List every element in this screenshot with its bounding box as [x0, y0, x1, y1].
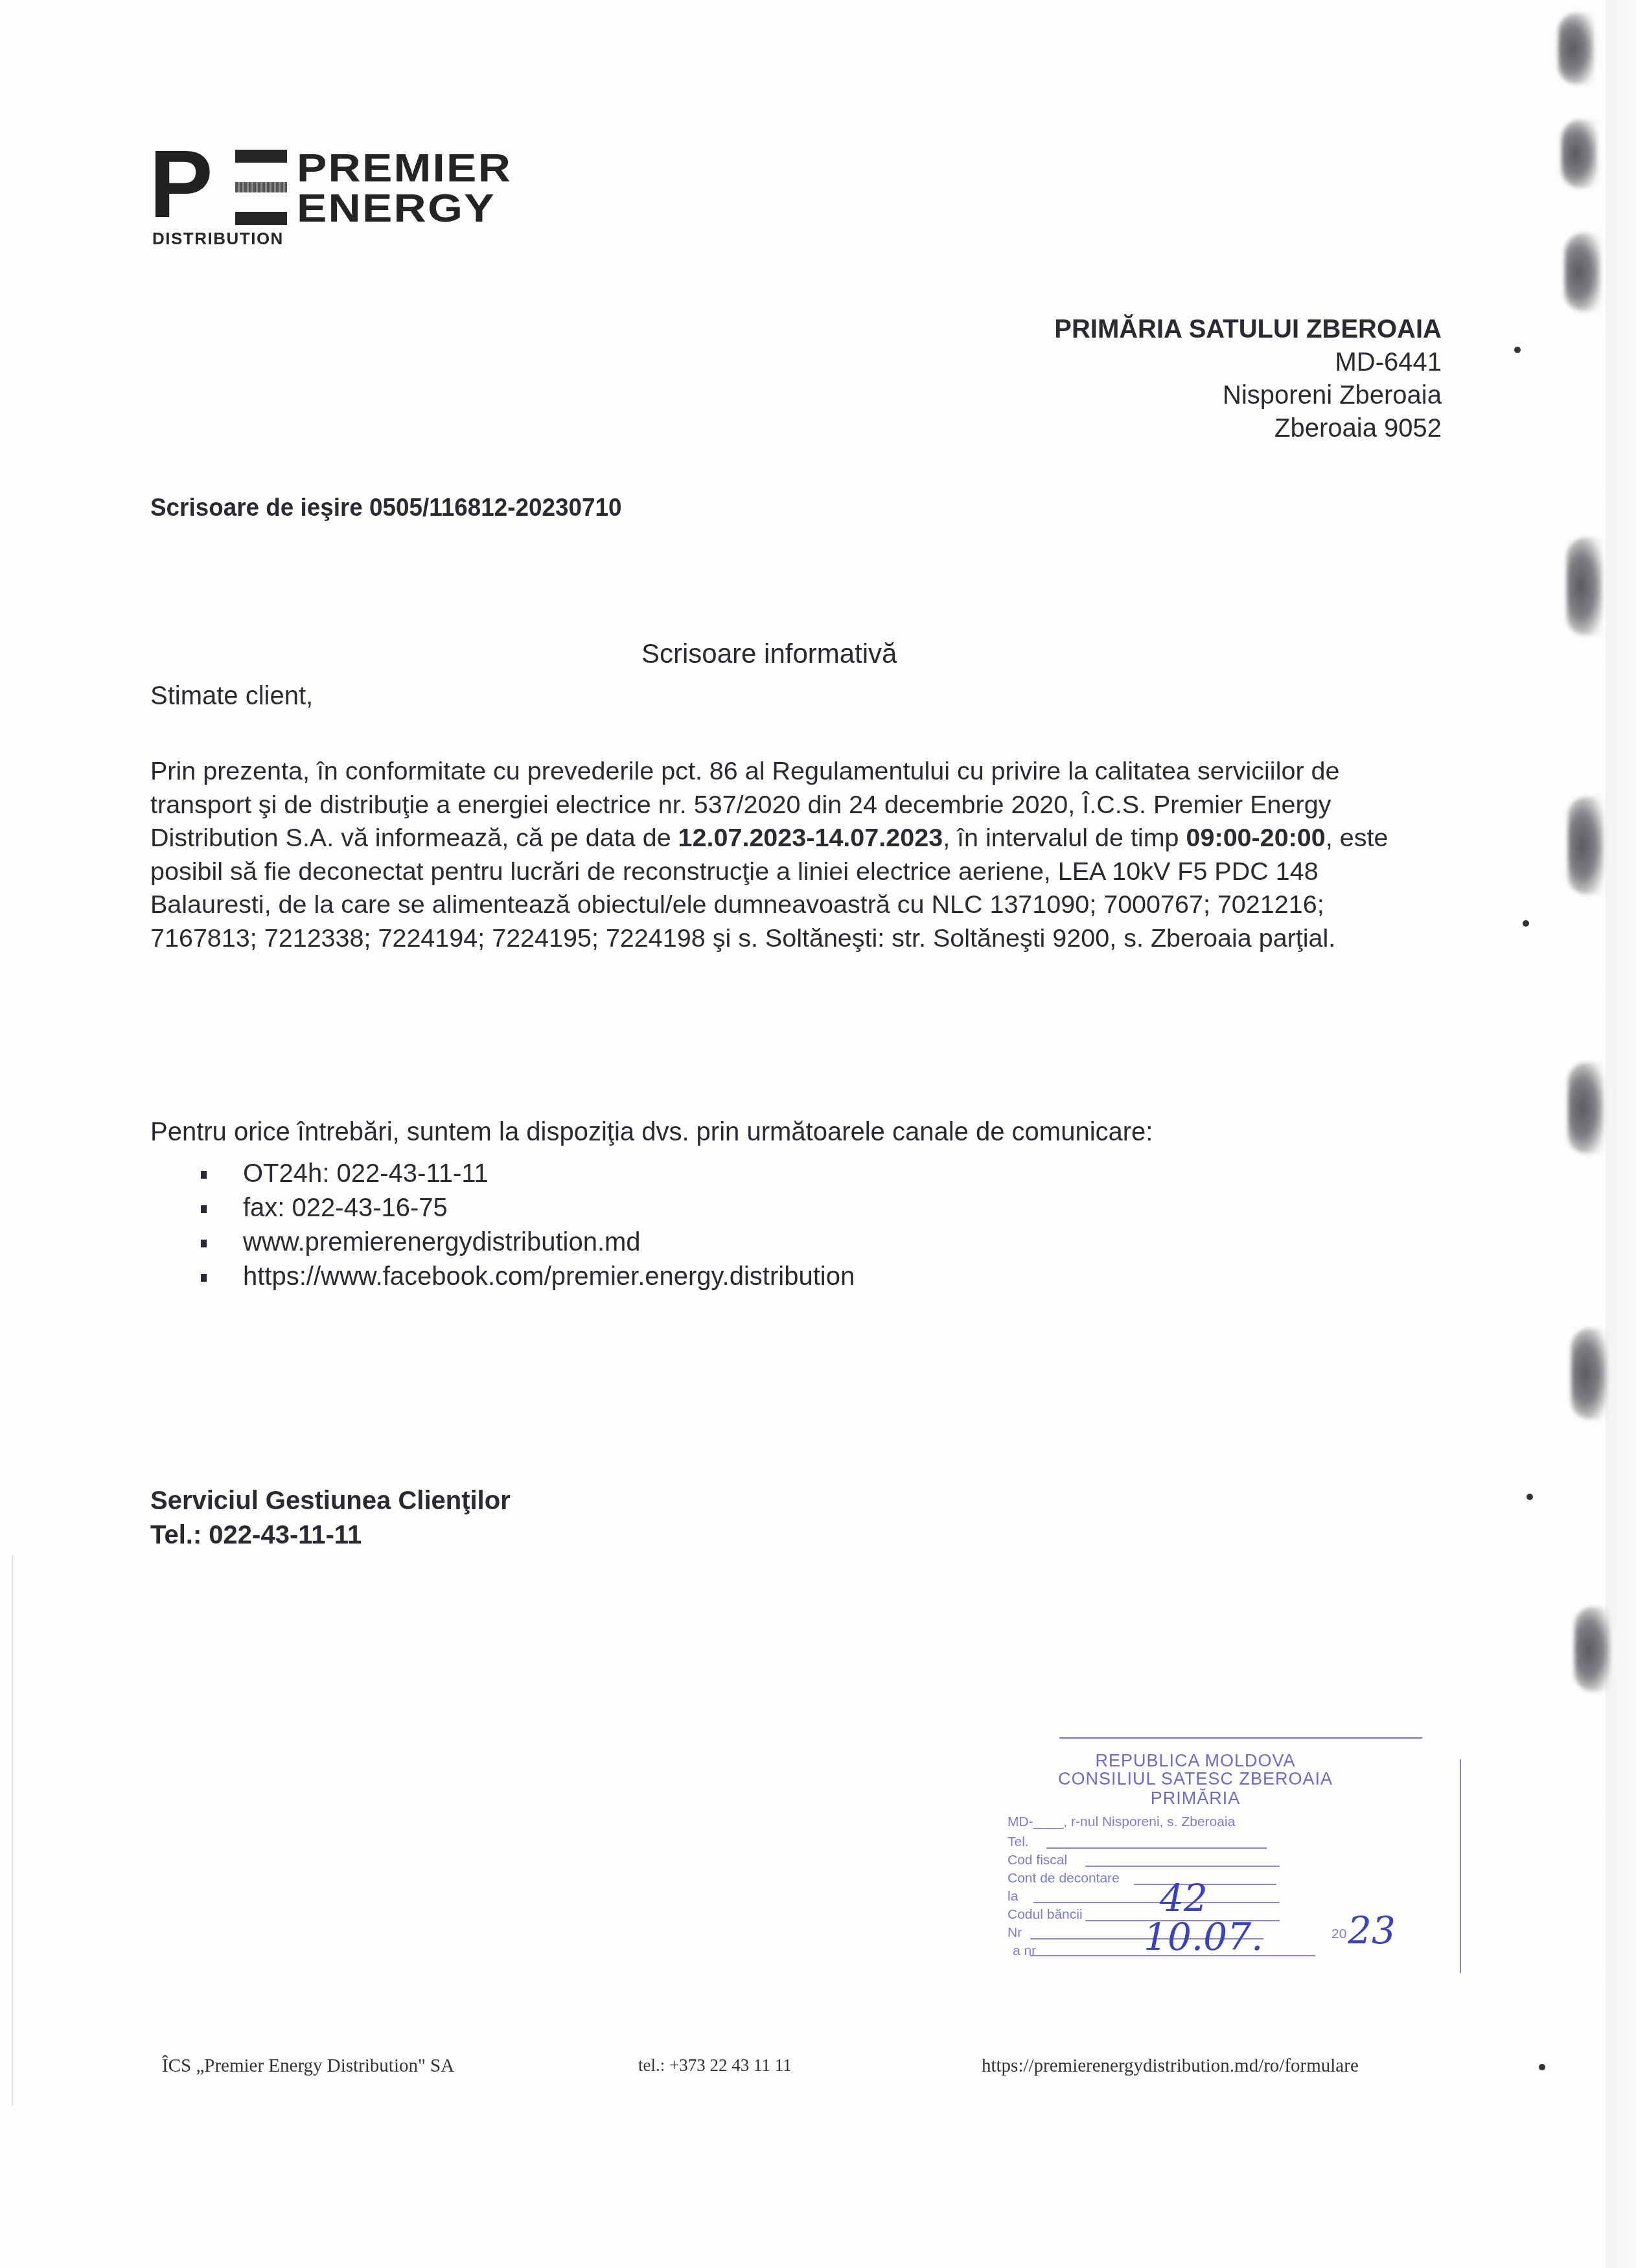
- punch-hole-mark: [1561, 120, 1597, 188]
- outage-dates: 12.07.2023-14.07.2023: [678, 824, 943, 852]
- stamp-top-border: [1059, 1732, 1422, 1739]
- punch-hole-mark: [1567, 538, 1602, 635]
- handwritten-year: 23: [1348, 1908, 1396, 1952]
- scan-edge: [1606, 0, 1636, 2268]
- stamp-line: [1046, 1847, 1267, 1849]
- scan-speck: [1514, 347, 1521, 353]
- logo-subtitle: DISTRIBUTION: [152, 229, 284, 249]
- contact-facebook-link[interactable]: https://www.facebook.com/premier.energy.…: [201, 1260, 855, 1294]
- scan-margin-line: [12, 1555, 13, 2106]
- stamp-row-nr: Nr: [1008, 1925, 1022, 1941]
- greeting: Stimate client,: [150, 682, 313, 711]
- signature-phone: Tel.: 022-43-11-11: [150, 1518, 511, 1553]
- logo-letter: P: [149, 146, 211, 224]
- letter-reference: Scrisoare de ieşire 0505/116812-20230710: [150, 494, 622, 522]
- punch-hole-mark: [1571, 1328, 1607, 1419]
- stamp-row-la: la: [1008, 1889, 1018, 1904]
- recipient-locality: Nisporeni Zberoaia: [1054, 379, 1442, 412]
- footer-forms-link[interactable]: https://premierenergydistribution.md/ro/…: [982, 2055, 1359, 2077]
- handwritten-registration-date: 10.07.: [1144, 1915, 1263, 1959]
- contact-channels-list: OT24h: 022-43-11-11 fax: 022-43-16-75 ww…: [201, 1157, 855, 1294]
- stamp-side-border: [1460, 1759, 1461, 1973]
- punch-hole-mark: [1565, 233, 1600, 311]
- stamp-row-account: Cont de decontare: [1008, 1871, 1120, 1886]
- stamp-line: [1085, 1866, 1280, 1867]
- stamp-row-a-nr: a nr: [1013, 1943, 1036, 1959]
- contact-fax: fax: 022-43-16-75: [201, 1191, 855, 1225]
- punch-hole-mark: [1568, 1063, 1604, 1153]
- signature-block: Serviciul Gestiunea Clienţilor Tel.: 022…: [150, 1484, 511, 1553]
- scan-speck: [1527, 1494, 1533, 1500]
- contact-intro: Pentru orice întrebări, suntem la dispoz…: [150, 1118, 1153, 1147]
- outage-time-interval: 09:00-20:00: [1186, 824, 1326, 852]
- registration-stamp: REPUBLICA MOLDOVA CONSILIUL SATESC ZBERO…: [1008, 1720, 1461, 2012]
- stamp-year-prefix: 20: [1331, 1927, 1346, 1942]
- stamp-line: [1033, 1902, 1280, 1903]
- stamp-institution: PRIMĂRIA: [1008, 1789, 1383, 1808]
- stamp-row-fiscal: Cod fiscal: [1008, 1853, 1067, 1868]
- contact-website-link[interactable]: www.premierenergydistribution.md: [201, 1225, 855, 1260]
- signature-department: Serviciul Gestiunea Clienţilor: [150, 1484, 511, 1518]
- logo-word-energy: ENERGY: [297, 189, 496, 229]
- stamp-country: REPUBLICA MOLDOVA: [1008, 1752, 1383, 1770]
- letter-body: Prin prezenta, în conformitate cu preved…: [150, 755, 1414, 955]
- scan-speck: [1539, 2064, 1545, 2070]
- stamp-address-row: MD-____, r-nul Nisporeni, s. Zberoaia: [1008, 1814, 1235, 1830]
- handwritten-registration-number: 42: [1160, 1876, 1208, 1920]
- body-part-2: , în intervalul de timp: [943, 824, 1186, 852]
- recipient-postal-code: MD-6441: [1054, 346, 1442, 379]
- punch-hole-mark: [1574, 1607, 1610, 1691]
- recipient-address: Zberoaia 9052: [1054, 412, 1442, 445]
- logo-word-premier: PREMIER: [297, 148, 512, 189]
- punch-hole-mark: [1568, 797, 1604, 894]
- scan-speck: [1523, 920, 1529, 927]
- recipient-block: PRIMĂRIA SATULUI ZBEROAIA MD-6441 Nispor…: [1054, 313, 1442, 445]
- stamp-council: CONSILIUL SATESC ZBEROAIA: [1008, 1770, 1383, 1788]
- letter-subject: Scrisoare informativă: [641, 638, 897, 669]
- contact-phone: OT24h: 022-43-11-11: [201, 1157, 855, 1191]
- footer-company: ÎCS „Premier Energy Distribution" SA: [162, 2055, 454, 2077]
- punch-hole-mark: [1558, 13, 1594, 84]
- stamp-row-bank-code: Codul băncii: [1008, 1907, 1083, 1923]
- recipient-name: PRIMĂRIA SATULUI ZBEROAIA: [1054, 313, 1442, 346]
- footer-phone: tel.: +373 22 43 11 11: [638, 2055, 792, 2076]
- stamp-row-tel: Tel.: [1008, 1834, 1029, 1850]
